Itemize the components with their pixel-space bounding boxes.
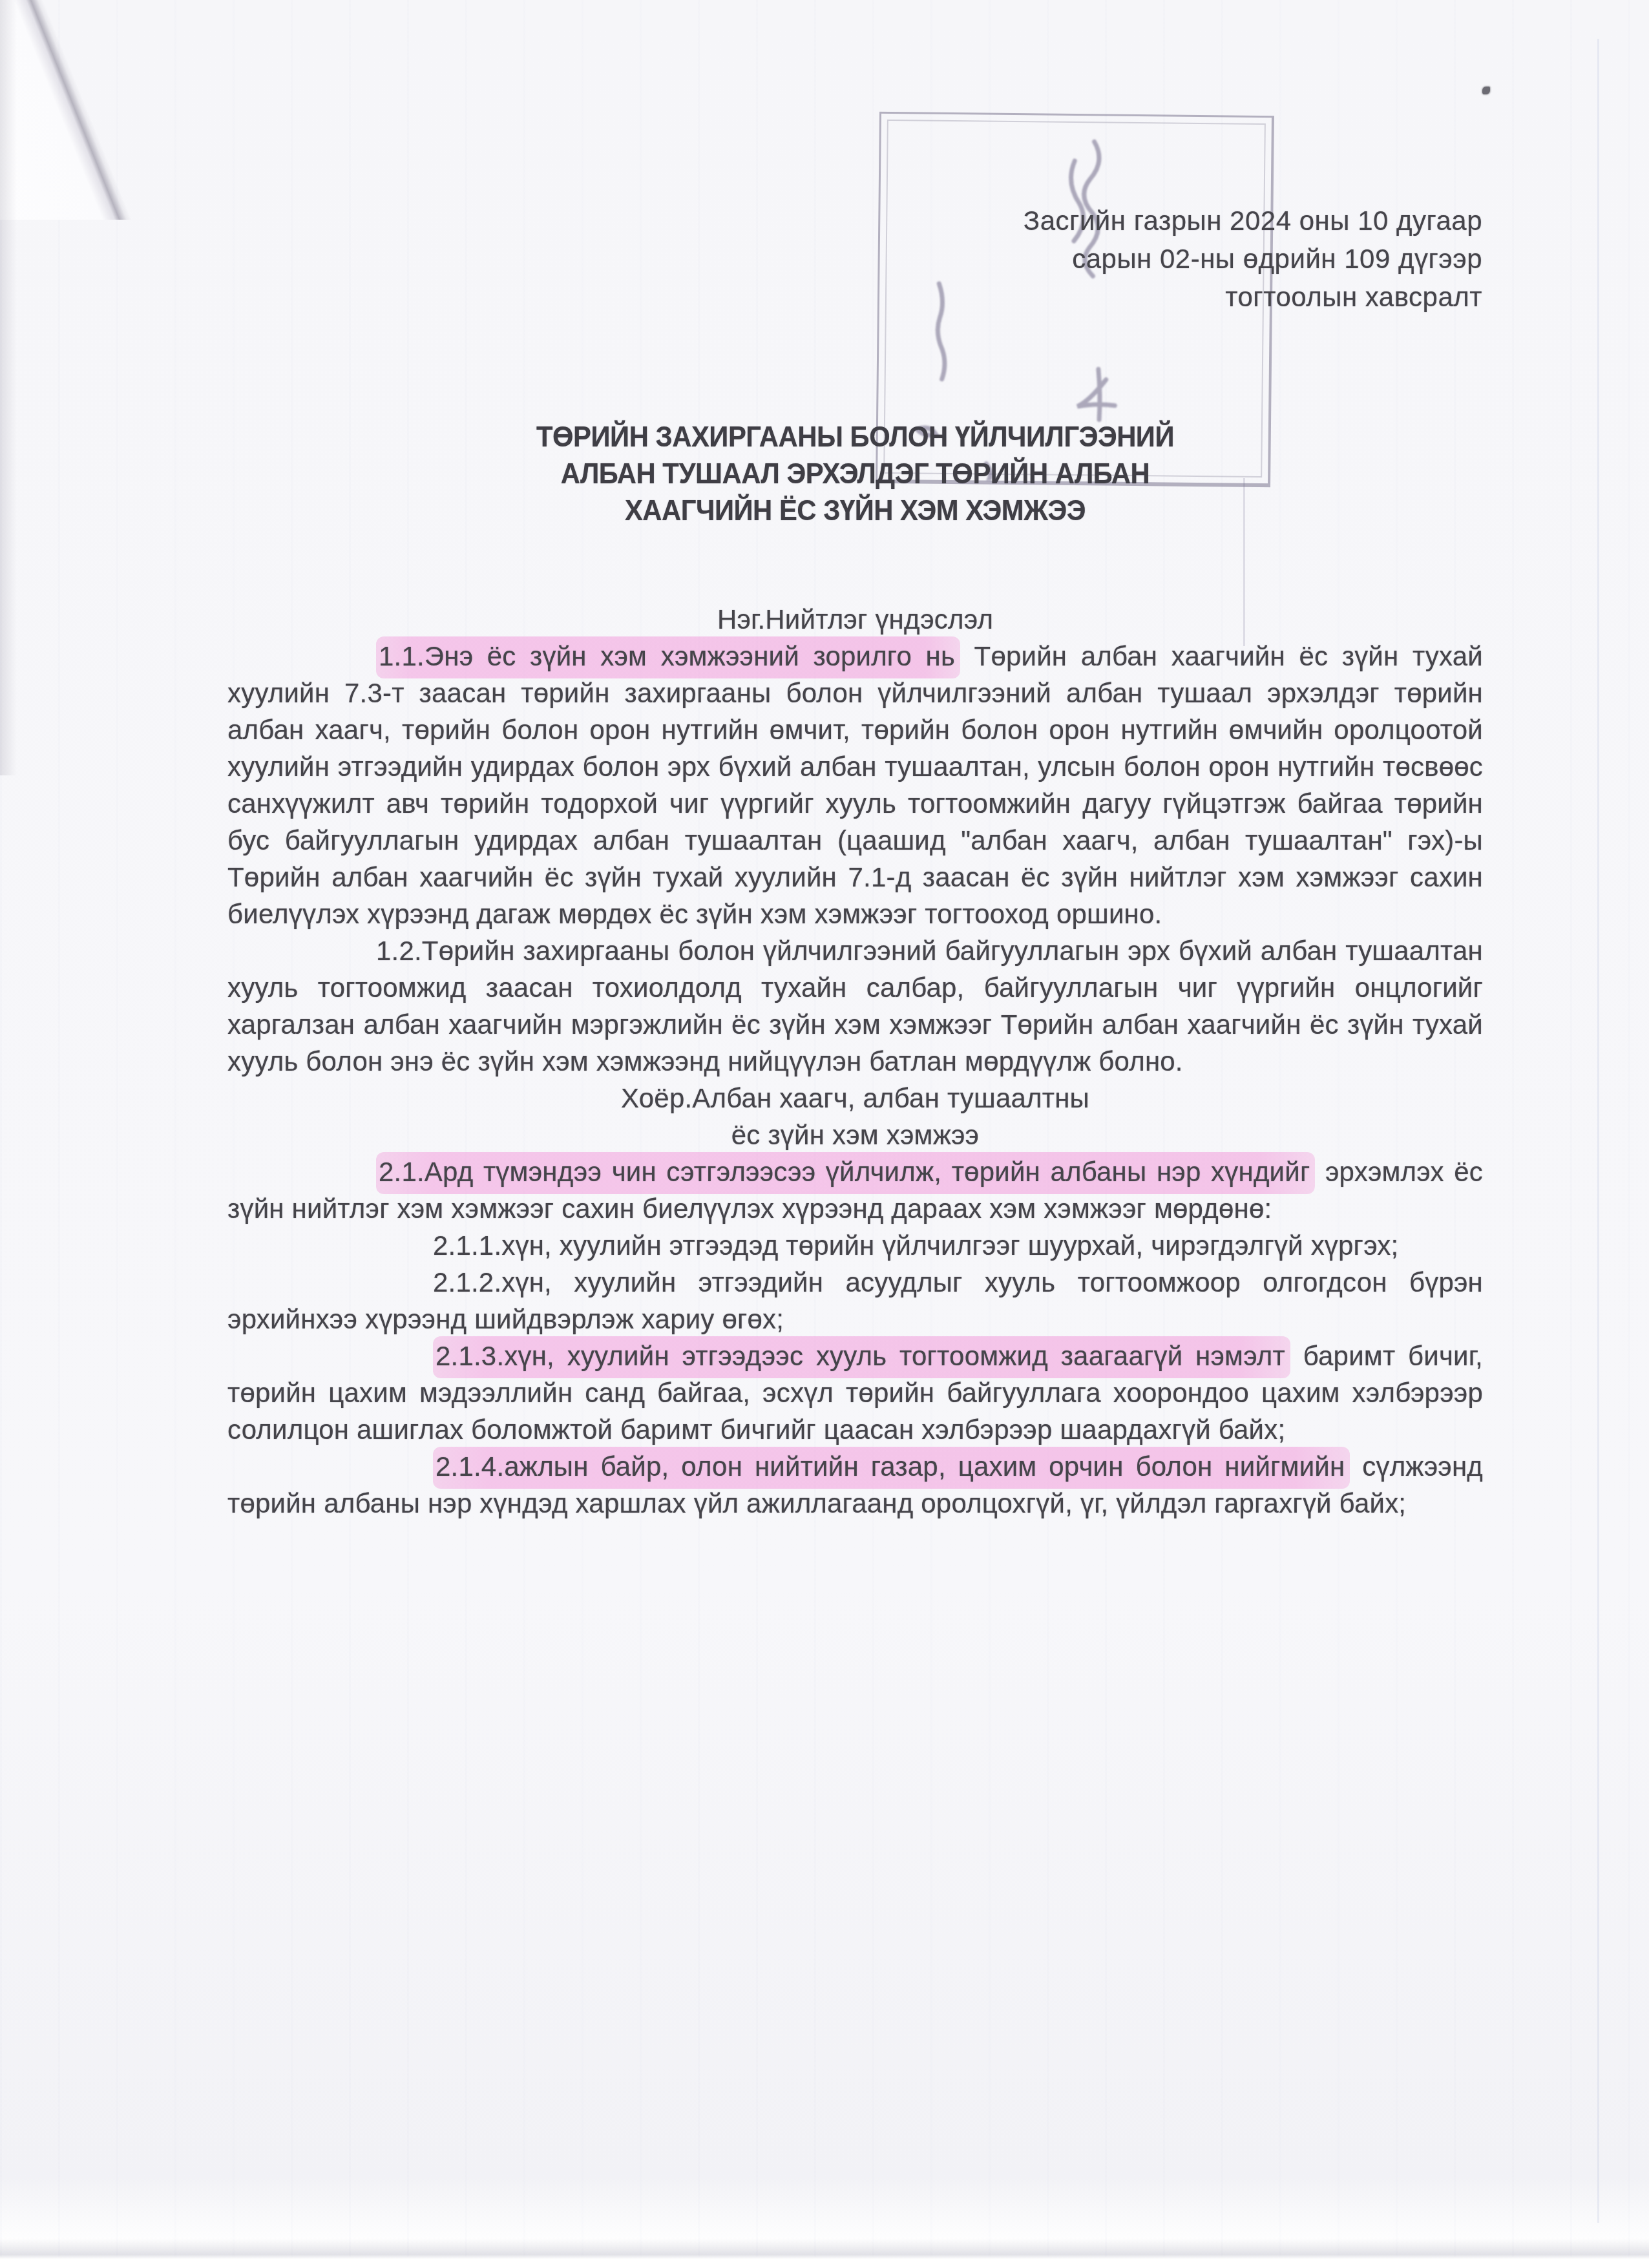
appendix-line: сарын 02-ны өдрийн 109 дүгээр xyxy=(901,240,1482,278)
paragraph-1-1: 1.1.Энэ ёс зүйн хэм хэмжээний зорилго нь… xyxy=(227,638,1483,932)
section-one-heading: Нэг.Нийтлэг үндэслэл xyxy=(227,601,1483,638)
paragraph-text: 2.1.1.хүн, хуулийн этгээдэд төрийн үйлчи… xyxy=(433,1230,1398,1261)
scan-left-edge-shadow xyxy=(0,0,17,775)
ink-speck xyxy=(1482,87,1490,94)
scanned-document-page: Засгийн газрын 2024 оны 10 дугаар сарын … xyxy=(0,0,1649,2268)
scan-bottom-edge xyxy=(0,2238,1649,2268)
section-two-heading-line2: ёс зүйн хэм хэмжээ xyxy=(731,1120,979,1150)
paragraph-text: Төрийн албан хаагчийн ёс зүйн тухай хуул… xyxy=(227,641,1483,929)
appendix-reference: Засгийн газрын 2024 оны 10 дугаар сарын … xyxy=(901,202,1482,316)
highlighted-text: 2.1.3.хүн, хуулийн этгээдээс хууль тогто… xyxy=(433,1336,1290,1378)
paragraph-2-1-2: 2.1.2.хүн, хуулийн этгээдийн асуудлыг ху… xyxy=(227,1264,1483,1338)
highlighted-text: 2.1.Ард түмэндээ чин сэтгэлээсээ үйлчилж… xyxy=(376,1152,1315,1194)
document-title-line: ТӨРИЙН ЗАХИРГААНЫ БОЛОН ҮЙЛЧИЛГЭЭНИЙ xyxy=(259,419,1452,456)
document-body: Нэг.Нийтлэг үндэслэл 1.1.Энэ ёс зүйн хэм… xyxy=(227,601,1483,1522)
highlighted-text: 1.1.Энэ ёс зүйн хэм хэмжээний зорилго нь xyxy=(376,636,960,678)
paragraph-1-2: 1.2.Төрийн захиргааны болон үйлчилгээний… xyxy=(227,932,1483,1080)
scan-streak-line xyxy=(1597,39,1599,2223)
section-two-heading: Хоёр.Албан хаагч, албан тушаалтны ёс зүй… xyxy=(227,1080,1483,1153)
paragraph-text: 2.1.2.хүн, хуулийн этгээдийн асуудлыг ху… xyxy=(227,1267,1483,1334)
paragraph-2-1-4: 2.1.4.ажлын байр, олон нийтийн газар, ца… xyxy=(227,1448,1483,1522)
document-title: ТӨРИЙН ЗАХИРГААНЫ БОЛОН ҮЙЛЧИЛГЭЭНИЙ АЛБ… xyxy=(259,419,1452,529)
appendix-line: Засгийн газрын 2024 оны 10 дугаар xyxy=(901,202,1482,240)
highlighted-text: 2.1.4.ажлын байр, олон нийтийн газар, ца… xyxy=(433,1447,1350,1489)
paragraph-text: 1.2.Төрийн захиргааны болон үйлчилгээний… xyxy=(227,936,1483,1076)
document-title-line: АЛБАН ТУШААЛ ЭРХЭЛДЭГ ТӨРИЙН АЛБАН xyxy=(259,456,1452,492)
section-two-heading-line1: Хоёр.Албан хаагч, албан тушаалтны xyxy=(621,1083,1089,1113)
paragraph-2-1: 2.1.Ард түмэндээ чин сэтгэлээсээ үйлчилж… xyxy=(227,1153,1483,1227)
paragraph-2-1-1: 2.1.1.хүн, хуулийн этгээдэд төрийн үйлчи… xyxy=(227,1227,1483,1264)
page-corner-fold xyxy=(0,0,155,220)
document-title-line: ХААГЧИЙН ЁС ЗҮЙН ХЭМ ХЭМЖЭЭ xyxy=(259,492,1452,529)
appendix-line: тогтоолын хавсралт xyxy=(901,278,1482,316)
paragraph-2-1-3: 2.1.3.хүн, хуулийн этгээдээс хууль тогто… xyxy=(227,1338,1483,1448)
